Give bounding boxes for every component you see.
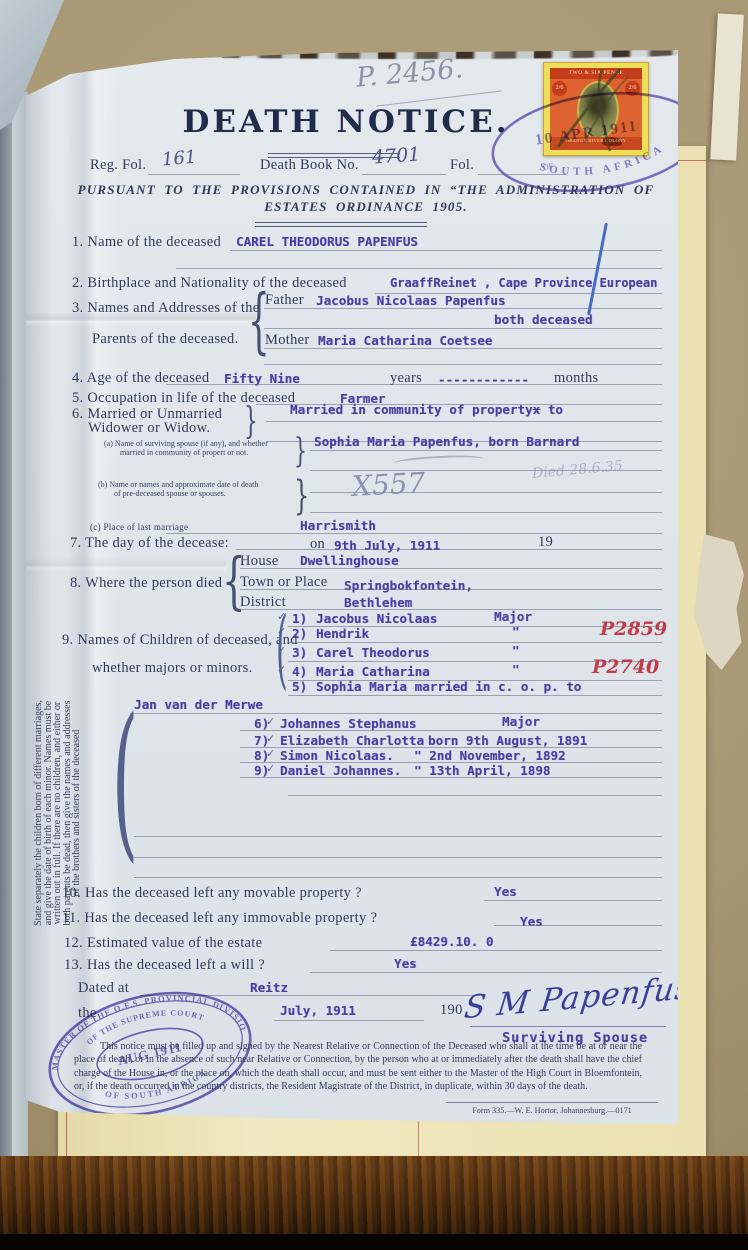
- field7-label: 7. The day of the decease:: [70, 535, 229, 552]
- child-row-no: 5): [292, 679, 307, 694]
- fieldc-label: (c) Place of last marriage: [90, 522, 188, 532]
- field3-label-line2: Parents of the deceased.: [92, 331, 239, 348]
- fielda-label-line2: married in community of propert or not.: [120, 448, 248, 457]
- child-row-status: " 2nd November, 1892: [414, 748, 566, 763]
- rule-line: [484, 900, 662, 901]
- pencil-file-number: P. 2456.: [355, 53, 464, 93]
- rule-line: [240, 589, 662, 590]
- form-page: P. 2456. TWO & SIX PENCE 2/6 2/6 ORANGE …: [26, 50, 678, 1124]
- child-row-status: born 9th August, 1891: [428, 733, 587, 748]
- child-row-name: Johannes Stephanus: [280, 716, 416, 731]
- child-row-name: Elizabeth Charlotta: [280, 733, 424, 748]
- field10-value: Yes: [494, 884, 517, 899]
- check-mark: ✓: [277, 644, 286, 657]
- both-deceased-note: both deceased: [494, 312, 593, 327]
- book-gutter-shadow: [0, 88, 12, 1166]
- page-crease: [26, 558, 226, 572]
- death-book-value: 4701: [371, 143, 421, 168]
- child-row-no: 1): [292, 611, 307, 626]
- rule-line: [310, 512, 662, 513]
- house-value: Dwellinghouse: [300, 553, 399, 568]
- pursuant-line2: ESTATES ORDINANCE 1905.: [66, 199, 666, 215]
- child-row-name: Simon Nicolaas.: [280, 748, 394, 763]
- rule-line: [310, 972, 662, 973]
- child-row-no: 2): [292, 626, 307, 641]
- ditto-mark: ": [512, 662, 520, 677]
- rule-line: [166, 533, 662, 534]
- fielda-label-line1: (a) Name of surviving spouse (if any), a…: [104, 439, 268, 448]
- rule-line: [266, 421, 662, 422]
- notice-paragraph: This notice must be filled up and signed…: [74, 1040, 642, 1094]
- rule-line: [236, 549, 662, 550]
- field10-label: 10. Has the deceased left any movable pr…: [62, 885, 362, 902]
- field8-label: 8. Where the person died: [70, 575, 222, 592]
- children2-paren: (: [112, 696, 138, 864]
- rule-line: [176, 268, 662, 269]
- fieldb-label-line1: (b) Name or names and approximate date o…: [98, 480, 258, 489]
- rule-line: [264, 348, 662, 349]
- ditto-mark: ": [512, 624, 520, 639]
- father-label: Father: [265, 292, 304, 309]
- rule-line: [274, 1020, 424, 1021]
- mother-value: Maria Catharina Coetsee: [318, 333, 492, 348]
- child-row-name: Daniel Johannes.: [280, 763, 401, 778]
- rule-line: [288, 695, 662, 696]
- rule-line: [230, 250, 662, 251]
- rule-line: [470, 1026, 666, 1027]
- reg-fol-value: 161: [161, 147, 197, 171]
- field7-value: 9th July, 1911: [334, 538, 440, 553]
- field12-value: £8429.10. 0: [410, 934, 493, 949]
- field6-label-line2: Widower or Widow.: [88, 420, 210, 437]
- oval-date-stamp: 10 APR 1911 OF SOUTH AFRICA: [484, 88, 710, 196]
- rule-line: [240, 568, 662, 569]
- field6-value: Married in community of propertyx to: [290, 402, 563, 417]
- town-value: Springbokfontein,: [344, 578, 473, 593]
- child-row-name: Jacobus Nicolaas: [316, 611, 437, 626]
- ditto-mark: ": [512, 643, 520, 658]
- fieldb-label-line2: of pre-deceased spouse or spouses.: [114, 489, 226, 498]
- district-value: Bethlehem: [344, 595, 412, 610]
- field1-label: 1. Name of the deceased: [72, 234, 221, 251]
- field6-overstrike-char: x: [533, 402, 541, 417]
- month-year-value: July, 1911: [280, 1003, 356, 1018]
- fieldc-value: Harrismith: [300, 518, 376, 533]
- scanned-death-notice-photo: P. 2456. TWO & SIX PENCE 2/6 2/6 ORANGE …: [0, 0, 748, 1250]
- red-reference-note: P2740: [592, 656, 659, 678]
- field2-label: 2. Birthplace and Nationality of the dec…: [72, 275, 347, 292]
- date-stamp-date: 10 APR 1911: [534, 118, 639, 148]
- desk-edge-shadow: [0, 1234, 748, 1250]
- fieldb-brace: }: [294, 476, 309, 516]
- field12-label: 12. Estimated value of the estate: [64, 935, 262, 952]
- revenue-stamp-top-band: TWO & SIX PENCE: [550, 68, 642, 79]
- field9-label-line1: 9. Names of Children of deceased, and: [62, 632, 298, 649]
- pencil-note-died: Died 28.6.35: [531, 458, 623, 482]
- rule-line: [240, 777, 662, 778]
- rule-line: [240, 730, 662, 731]
- field11-value: Yes: [520, 914, 543, 929]
- rule-line: [264, 308, 662, 309]
- rule-line: [134, 836, 662, 837]
- rule-line: [134, 877, 662, 878]
- form-title: DEATH NOTICE.: [176, 104, 516, 140]
- child-row-no: 8): [254, 748, 269, 763]
- paper-sliver-top-right: [710, 13, 744, 160]
- child-row-no: 9): [254, 763, 269, 778]
- field3-label-line1: 3. Names and Addresses of the: [72, 300, 260, 317]
- child-row-status: Major: [502, 714, 540, 729]
- death-book-label: Death Book No.: [260, 157, 359, 174]
- check-mark: ✓: [277, 663, 286, 676]
- field2-value: GraaffReinet , Cape Province European: [390, 276, 657, 290]
- field6-value-post: to: [548, 402, 563, 417]
- red-reference-note: P2859: [600, 618, 667, 640]
- pencil-note-x557: X557: [351, 466, 426, 503]
- child-row-no: 7): [254, 733, 269, 748]
- child-row-no: 6): [254, 716, 269, 731]
- year-prefix-190: 190: [440, 1002, 463, 1019]
- child-row-name: Hendrik: [316, 626, 369, 641]
- rule-line: [148, 174, 240, 175]
- rule-line: [264, 364, 662, 365]
- field11-label: 11. Has the deceased left any immovable …: [62, 910, 377, 927]
- child-row-status: " 13th April, 1898: [414, 763, 550, 778]
- child-row-name: Carel Theodorus: [316, 645, 430, 660]
- father-value: Jacobus Nicolaas Papenfus: [316, 293, 506, 308]
- rule-line: [494, 925, 662, 926]
- child-row-no: 3): [292, 645, 307, 660]
- ledger-red-line-horizontal: [674, 160, 706, 161]
- page-edges-strip: [12, 92, 28, 1164]
- field9-label-line2: whether majors or minors.: [92, 660, 253, 677]
- reg-fol-label: Reg. Fol.: [90, 157, 146, 174]
- rule-line: [240, 609, 662, 610]
- on-label: on: [310, 536, 325, 553]
- check-mark: ✓: [277, 610, 286, 623]
- mother-label: Mother: [265, 332, 310, 349]
- rule-line: [264, 328, 662, 329]
- fol-label: Fol.: [450, 157, 474, 174]
- fielda-brace: }: [294, 434, 307, 468]
- rule-line: [478, 174, 566, 175]
- pursuant-double-rule: [255, 222, 427, 227]
- rule-line: [288, 795, 662, 796]
- spouse-of-child5: Jan van der Merwe: [134, 697, 263, 712]
- rule-line: [130, 713, 662, 714]
- rule-line: [330, 950, 662, 951]
- field1-value: CAREL THEODORUS PAPENFUS: [236, 234, 418, 249]
- check-mark: ✓: [277, 625, 286, 638]
- child-row-status: Major: [494, 609, 532, 624]
- rule-line: [362, 174, 446, 175]
- rule-line: [288, 642, 662, 643]
- rule-line: [166, 384, 662, 385]
- signature-ink: S M Papenfus: [462, 970, 694, 1026]
- fielda-value: Sophia Maria Papenfus, born Barnard: [314, 434, 579, 449]
- pursuant-line1: PURSUANT TO THE PROVISIONS CONTAINED IN …: [66, 182, 666, 198]
- married-brace: }: [244, 404, 258, 440]
- rule-line: [134, 857, 662, 858]
- field6-value-pre: Married in community of property: [290, 402, 533, 417]
- form-number: Form 335.—W. E. Hortor, Johannesburg.—01…: [446, 1102, 658, 1115]
- child-row-name: Maria Catharina: [316, 664, 430, 679]
- field13-label: 13. Has the deceased left a will ?: [64, 957, 265, 974]
- field13-value: Yes: [394, 956, 417, 971]
- blue-ink-slash: [587, 223, 607, 316]
- child-row-no: 4): [292, 664, 307, 679]
- rule-line: [310, 450, 662, 451]
- child-row-name: Sophia Maria married in c. o. p. to: [316, 679, 581, 694]
